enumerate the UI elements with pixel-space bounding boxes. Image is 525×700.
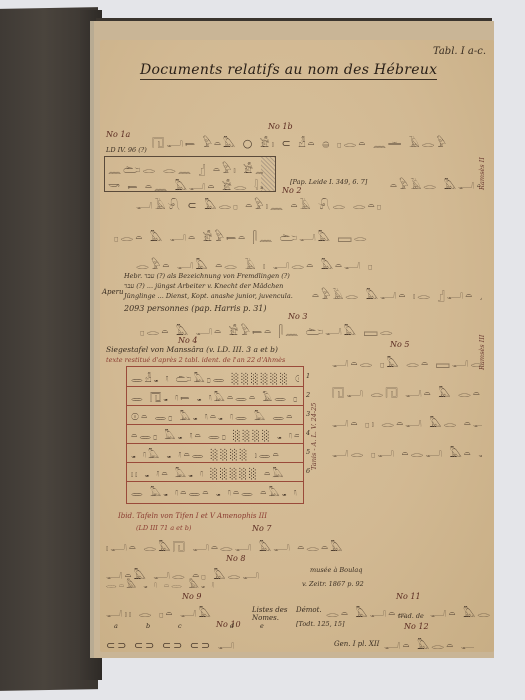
hieroglyph-line-1: 𓉔𓂝𓍿 𓅱𓏏𓅓 ○ 𓀀𓏤 ⊂ 𓁐𓏏 𓐍 𓊪𓂋𓏏 𓈖𓏛 𓄿𓂋𓅱 [152, 132, 482, 151]
manuscript-page: Tabl. I a-c. Documents relatifs au nom d… [100, 40, 494, 652]
sublabel-c: c [178, 622, 182, 630]
damaged-area [261, 157, 275, 191]
stela-row-4: 𓏏𓂋𓊪 𓅓𓂝𓏏 𓂋𓊪 ░░░░ 𓂝𓏏 [131, 427, 299, 443]
aperu-line-4: 2093 personnes (pap. Harris p. 31) [124, 304, 267, 313]
tab-label: Tabl. I a-c. [433, 46, 486, 57]
sublabel-d: d [230, 622, 234, 630]
entry-number-4: No 4 [178, 336, 197, 345]
aperu-line-3: Jünglinge ... Dienst, Kopt. anashe junio… [124, 292, 293, 300]
entry-number-12: No 12 [404, 622, 429, 631]
demot-prefix: Démot. [296, 606, 322, 614]
caption-6-ref: (LD III 71 a et b) [136, 524, 191, 532]
aperu-line-1: Hebr. עבד (?) als Bezeichnung von Fremdl… [124, 272, 290, 280]
stela-row-1: 𓂋𓁐𓂝 𓂧𓅓𓊪𓂋 ░░░░░░ 𓇳𓏤𓏤 [131, 370, 299, 386]
entry-ref-2: [Pap. Leide I. 349, 6. 7] [290, 178, 367, 186]
hieroglyph-line-no12: 𓂝𓏏 𓅓𓂋𓏏 𓂝 [384, 634, 474, 653]
hieroglyph-line-no11: 𓂋𓏏 𓅓𓂝𓏏𓂋 [326, 602, 406, 621]
tanis-row-1: 𓂝𓏏𓂋 𓊪𓅓 𓂋𓏏 𓈙𓂝𓂋 𓏏𓂋𓅓 [332, 352, 482, 371]
entry-number-9: No 9 [182, 592, 201, 601]
entry-number-11: No 11 [396, 592, 421, 601]
stela-row-2: 𓂋 𓉔𓂝𓍿 𓂝𓅓𓏏𓂋𓏏 𓄿𓂋 𓊪𓂋 [131, 389, 299, 405]
entry-number-5: No 5 [390, 340, 409, 349]
hieroglyph-line-6b: 𓏏𓅱𓄿𓂋 𓅓𓂝𓏏 𓏤𓂋 𓊨𓂝𓏏 𓈖𓇋𓂋 [312, 284, 482, 303]
hieroglyph-line-3: 𓎡 𓍿 𓏏𓈖 𓅓𓂝𓏏 𓀀𓂋 𓇋𓆑 [108, 175, 263, 194]
hieroglyph-line-no8b: 𓂋𓏏𓅓 𓂝 𓏏𓂋 𓅓𓂝 [106, 576, 306, 591]
aperu-label: Aperu [102, 288, 124, 296]
entry-number-1b: No 1b [268, 122, 293, 131]
sublabel-e: e [260, 622, 264, 630]
hieroglyph-line-2b: 𓏏𓅱𓄿𓂋 𓅓𓂝𓏏 𓏤𓂋 𓊨𓂝𓏏 𓈖𓇋𓂋 [390, 174, 480, 193]
entry-ref-1a: LD IV. 96 (?) [106, 146, 147, 154]
stela-row-3: 𓇳𓏏 𓂋𓊪 𓅓𓂝𓏏𓂝𓂋 𓅓 𓂋𓏏 [131, 408, 299, 424]
hieroglyph-line-no7: 𓏤𓂝𓏏 𓂋𓅓𓉔 𓂝𓏏𓂋𓂝 𓅓𓂝 𓏏𓂋𓏏𓅓 [106, 536, 376, 555]
stela-row-5: 𓂝𓅓 𓂝𓏏𓂋 ░░░░ 𓏤𓂋𓏏 [131, 446, 299, 462]
tanis-row-2: 𓉔𓂝 𓂋𓉔 𓂝𓏏 𓅓 𓂋𓏏𓈖 𓏏 [332, 382, 482, 401]
caption-6: Ibid. Tafeln von Tifen I et V Amenophis … [118, 512, 267, 520]
note-8-1: musée à Boulaq [310, 566, 362, 574]
stela-row-7: 𓂋 𓅓𓂝𓏏𓂋𓏏 𓂝𓏏𓂋 𓏏𓅓𓂝 [131, 484, 299, 500]
page-title: Documents relatifs au nom des Hébreux [140, 62, 437, 80]
entry-number-1a: No 1a [106, 130, 130, 139]
tanis-row-3: 𓂝𓏏 𓊪𓏤 𓂋𓏏𓂝 𓅓𓂋 𓏏𓂝 [332, 412, 482, 431]
entry-heading-4: Siegestafel von Manssâra (v. LD. III. 3 … [106, 345, 278, 354]
aperu-line-2: עבד (?) ... jüngst Arbeiter v. Knecht de… [124, 282, 283, 290]
hieroglyph-line-no11b: 𓂝𓏏 𓅓𓂋𓏏 𓂝 [430, 602, 490, 621]
tanis-row-4: 𓂝𓂋 𓊪𓂝 𓏏𓂋𓂝 𓅓𓏏 𓂝𓂋 [332, 442, 482, 461]
note-8-2: v. Zeitr. 1867 p. 92 [302, 580, 364, 588]
hieroglyph-line-no9: 𓂝𓏤𓏤 𓂋 𓊪𓏏 𓂝𓅓 [106, 602, 246, 621]
entry-number-7: No 7 [252, 524, 271, 533]
entry-number-8: No 8 [226, 554, 245, 563]
margin-label-ramses-2: Ramsès II [478, 120, 486, 190]
hieroglyph-line-6: 𓂋𓅱𓏏 𓂝𓅓 𓏏𓂋 𓄿 𓏤 𓂝𓂋𓏏 𓅓𓏏𓂝 𓊪 [136, 254, 476, 273]
row-number-1: 1 [306, 372, 310, 380]
sublabel-a: a [114, 622, 118, 630]
hieroglyph-line-4: 𓂝𓄿𓍯 ⊂ 𓅓𓂋𓊪 𓏏𓅱𓏤𓈖 𓏏𓄿 𓍯𓂋 𓂋𓏏𓊪 [136, 194, 476, 213]
entry-number-10: No 10 [216, 620, 241, 629]
entry-ref-11: [Todt. 125, 15] [296, 620, 345, 628]
hieroglyph-line-5: 𓊪𓂋𓏏 𓅓 𓂝𓏏 𓀀𓅱𓍿𓏏 𓋴𓈖 𓂧𓂝𓅓 𓈙𓂋 [114, 226, 474, 245]
sublabel-b: b [146, 622, 150, 630]
tanis-label: Tanis - A. L. V. 24-25 [310, 380, 318, 470]
stela-text-box: 𓂋𓁐𓂝 𓂧𓅓𓊪𓂋 ░░░░░░ 𓇳𓏤𓏤 𓂋 𓉔𓂝𓍿 𓂝𓅓𓏏𓂋𓏏 𓄿𓂋 𓊪𓂋 𓇳𓏏… [126, 366, 304, 504]
trad-note: trad. de [398, 612, 424, 620]
stela-row-6: 𓏤𓏤 𓂝𓏏 𓅓𓂝 ░░░░░ 𓏏𓅓 [131, 465, 299, 481]
cartouche-row: ⊂⊃ ⊂⊃ ⊂⊃ ⊂⊃ 𓂝 [106, 634, 286, 653]
nomes-note: Listes des Nomes. [252, 606, 292, 622]
entry-subheading-4: texte restitué d'après 2 tabl. ident. de… [106, 356, 285, 364]
entry-ref-12: Gen. I pl. XII [334, 640, 379, 648]
